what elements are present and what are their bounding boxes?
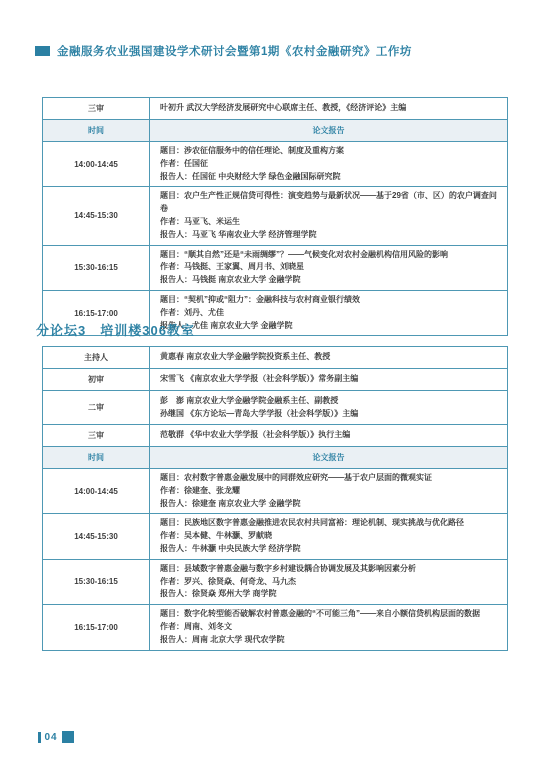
paper-authors: 作者：罗兴、徐贤焱、何奇龙、马九杰 — [160, 576, 497, 589]
session-paper: 题目：涉农征信服务中的信任理论、制度及重构方案 作者：任国征 报告人：任国征 中… — [150, 142, 508, 187]
paper-title: 题目：涉农征信服务中的信任理论、制度及重构方案 — [160, 145, 497, 158]
table-row-review2: 二审 彭 澎 南京农业大学金融学院金融系主任、副教授 孙继国 《东方论坛—青岛大… — [43, 391, 508, 425]
session-time: 14:00-14:45 — [43, 142, 150, 187]
footer-bar-icon — [38, 732, 41, 743]
forum3-schedule-table: 主持人 黄惠春 南京农业大学金融学院投资系主任、教授 初审 宋雪飞 《南京农业大… — [42, 346, 508, 651]
paper-authors: 作者：刘丹、尤佳 — [160, 307, 497, 320]
paper-authors: 作者：吴本健、牛林灏、罗献晓 — [160, 530, 497, 543]
session-paper: 题目：“契机”抑或“阻力”：金融科技与农村商业银行绩效 作者：刘丹、尤佳 报告人… — [150, 290, 508, 335]
session-row: 14:00-14:45 题目：涉农征信服务中的信任理论、制度及重构方案 作者：任… — [43, 142, 508, 187]
column-header-report: 论文报告 — [150, 120, 508, 142]
session-time: 14:45-15:30 — [43, 514, 150, 559]
session-time: 15:30-16:15 — [43, 245, 150, 290]
session-row: 14:45-15:30 题目：民族地区数字普惠金融推进农民农村共同富裕：理论机制… — [43, 514, 508, 559]
document-page: 金融服务农业强国建设学术研讨会暨第1期《农村金融研究》工作坊 三审 叶初升 武汉… — [0, 0, 550, 782]
table-header-row: 时间 论文报告 — [43, 447, 508, 469]
session-row: 14:45-15:30 题目：农户生产性正规信贷可得性：演变趋势与最新状况——基… — [43, 187, 508, 245]
session-row: 15:30-16:15 题目：“顺其自然”还是“未雨绸缪”？——气候变化对农村金… — [43, 245, 508, 290]
page-footer: 04 — [38, 731, 74, 743]
forum3-section-heading: 分论坛3 培训楼306教室 — [36, 320, 195, 339]
role-value: 彭 澎 南京农业大学金融学院金融系主任、副教授 孙继国 《东方论坛—青岛大学学报… — [150, 391, 508, 425]
paper-title: 题目：数字化转型能否破解农村普惠金融的“不可能三角”——来自小额信贷机构层面的数… — [160, 608, 497, 621]
role-value: 宋雪飞 《南京农业大学学报（社会科学版）》常务副主编 — [150, 369, 508, 391]
paper-authors: 作者：任国征 — [160, 158, 497, 171]
reviewer-line: 孙继国 《东方论坛—青岛大学学报（社会科学版）》主编 — [160, 408, 497, 421]
table-row-host: 主持人 黄惠春 南京农业大学金融学院投资系主任、教授 — [43, 347, 508, 369]
session-time: 14:00-14:45 — [43, 469, 150, 514]
page-title: 金融服务农业强国建设学术研讨会暨第1期《农村金融研究》工作坊 — [57, 43, 412, 59]
page-number: 04 — [45, 732, 58, 743]
paper-authors: 作者：马钱挺、王家翼、周月书、刘晓星 — [160, 261, 497, 274]
footer-square-icon — [62, 731, 74, 743]
paper-presenter: 报告人：任国征 中央财经大学 绿色金融国际研究院 — [160, 171, 497, 184]
role-value: 叶初升 武汉大学经济发展研究中心联席主任、教授，《经济评论》主编 — [150, 98, 508, 120]
role-label: 主持人 — [43, 347, 150, 369]
role-value: 黄惠春 南京农业大学金融学院投资系主任、教授 — [150, 347, 508, 369]
paper-presenter: 报告人：牛林灏 中央民族大学 经济学院 — [160, 543, 497, 556]
session-row: 14:00-14:45 题目：农村数字普惠金融发展中的同群效应研究——基于农户层… — [43, 469, 508, 514]
table-row-review3: 三审 叶初升 武汉大学经济发展研究中心联席主任、教授，《经济评论》主编 — [43, 98, 508, 120]
paper-title: 题目：农村数字普惠金融发展中的同群效应研究——基于农户层面的微观实证 — [160, 472, 497, 485]
session-paper: 题目：数字化转型能否破解农村普惠金融的“不可能三角”——来自小额信贷机构层面的数… — [150, 605, 508, 650]
paper-presenter: 报告人：尤佳 南京农业大学 金融学院 — [160, 320, 497, 333]
role-label: 三审 — [43, 425, 150, 447]
table-row-review1: 初审 宋雪飞 《南京农业大学学报（社会科学版）》常务副主编 — [43, 369, 508, 391]
forum2-schedule-table: 三审 叶初升 武汉大学经济发展研究中心联席主任、教授，《经济评论》主编 时间 论… — [42, 97, 508, 336]
session-row: 16:15-17:00 题目：数字化转型能否破解农村普惠金融的“不可能三角”——… — [43, 605, 508, 650]
session-paper: 题目：“顺其自然”还是“未雨绸缪”？——气候变化对农村金融机构信用风险的影响 作… — [150, 245, 508, 290]
paper-title: 题目：民族地区数字普惠金融推进农民农村共同富裕：理论机制、现实挑战与优化路径 — [160, 517, 497, 530]
session-row: 15:30-16:15 题目：县域数字普惠金融与数字乡村建设耦合协调发展及其影响… — [43, 559, 508, 604]
paper-presenter: 报告人：徐建奎 南京农业大学 金融学院 — [160, 498, 497, 511]
column-header-time: 时间 — [43, 447, 150, 469]
paper-title: 题目：“契机”抑或“阻力”：金融科技与农村商业银行绩效 — [160, 294, 497, 307]
paper-authors: 作者：徐建奎、张龙耀 — [160, 485, 497, 498]
paper-presenter: 报告人：马钱挺 南京农业大学 金融学院 — [160, 274, 497, 287]
session-paper: 题目：农村数字普惠金融发展中的同群效应研究——基于农户层面的微观实证 作者：徐建… — [150, 469, 508, 514]
role-label: 初审 — [43, 369, 150, 391]
table-row-review3: 三审 范敬群 《华中农业大学学报（社会科学版）》执行主编 — [43, 425, 508, 447]
role-label: 三审 — [43, 98, 150, 120]
document-header: 金融服务农业强国建设学术研讨会暨第1期《农村金融研究》工作坊 — [35, 43, 412, 59]
session-time: 16:15-17:00 — [43, 605, 150, 650]
paper-presenter: 报告人：周南 北京大学 现代农学院 — [160, 634, 497, 647]
paper-title: 题目：“顺其自然”还是“未雨绸缪”？——气候变化对农村金融机构信用风险的影响 — [160, 249, 497, 262]
column-header-report: 论文报告 — [150, 447, 508, 469]
paper-presenter: 报告人：徐贤焱 郑州大学 商学院 — [160, 588, 497, 601]
session-paper: 题目：民族地区数字普惠金融推进农民农村共同富裕：理论机制、现实挑战与优化路径 作… — [150, 514, 508, 559]
paper-authors: 作者：马亚飞、米运生 — [160, 216, 497, 229]
title-bullet-icon — [35, 46, 50, 56]
paper-title: 题目：农户生产性正规信贷可得性：演变趋势与最新状况——基于29省（市、区）的农户… — [160, 190, 497, 216]
session-paper: 题目：农户生产性正规信贷可得性：演变趋势与最新状况——基于29省（市、区）的农户… — [150, 187, 508, 245]
session-time: 15:30-16:15 — [43, 559, 150, 604]
role-value: 范敬群 《华中农业大学学报（社会科学版）》执行主编 — [150, 425, 508, 447]
session-paper: 题目：县域数字普惠金融与数字乡村建设耦合协调发展及其影响因素分析 作者：罗兴、徐… — [150, 559, 508, 604]
paper-authors: 作者：周南、刘冬文 — [160, 621, 497, 634]
reviewer-line: 彭 澎 南京农业大学金融学院金融系主任、副教授 — [160, 395, 497, 408]
column-header-time: 时间 — [43, 120, 150, 142]
paper-title: 题目：县域数字普惠金融与数字乡村建设耦合协调发展及其影响因素分析 — [160, 563, 497, 576]
paper-presenter: 报告人：马亚飞 华南农业大学 经济管理学院 — [160, 229, 497, 242]
table-header-row: 时间 论文报告 — [43, 120, 508, 142]
session-time: 14:45-15:30 — [43, 187, 150, 245]
role-label: 二审 — [43, 391, 150, 425]
